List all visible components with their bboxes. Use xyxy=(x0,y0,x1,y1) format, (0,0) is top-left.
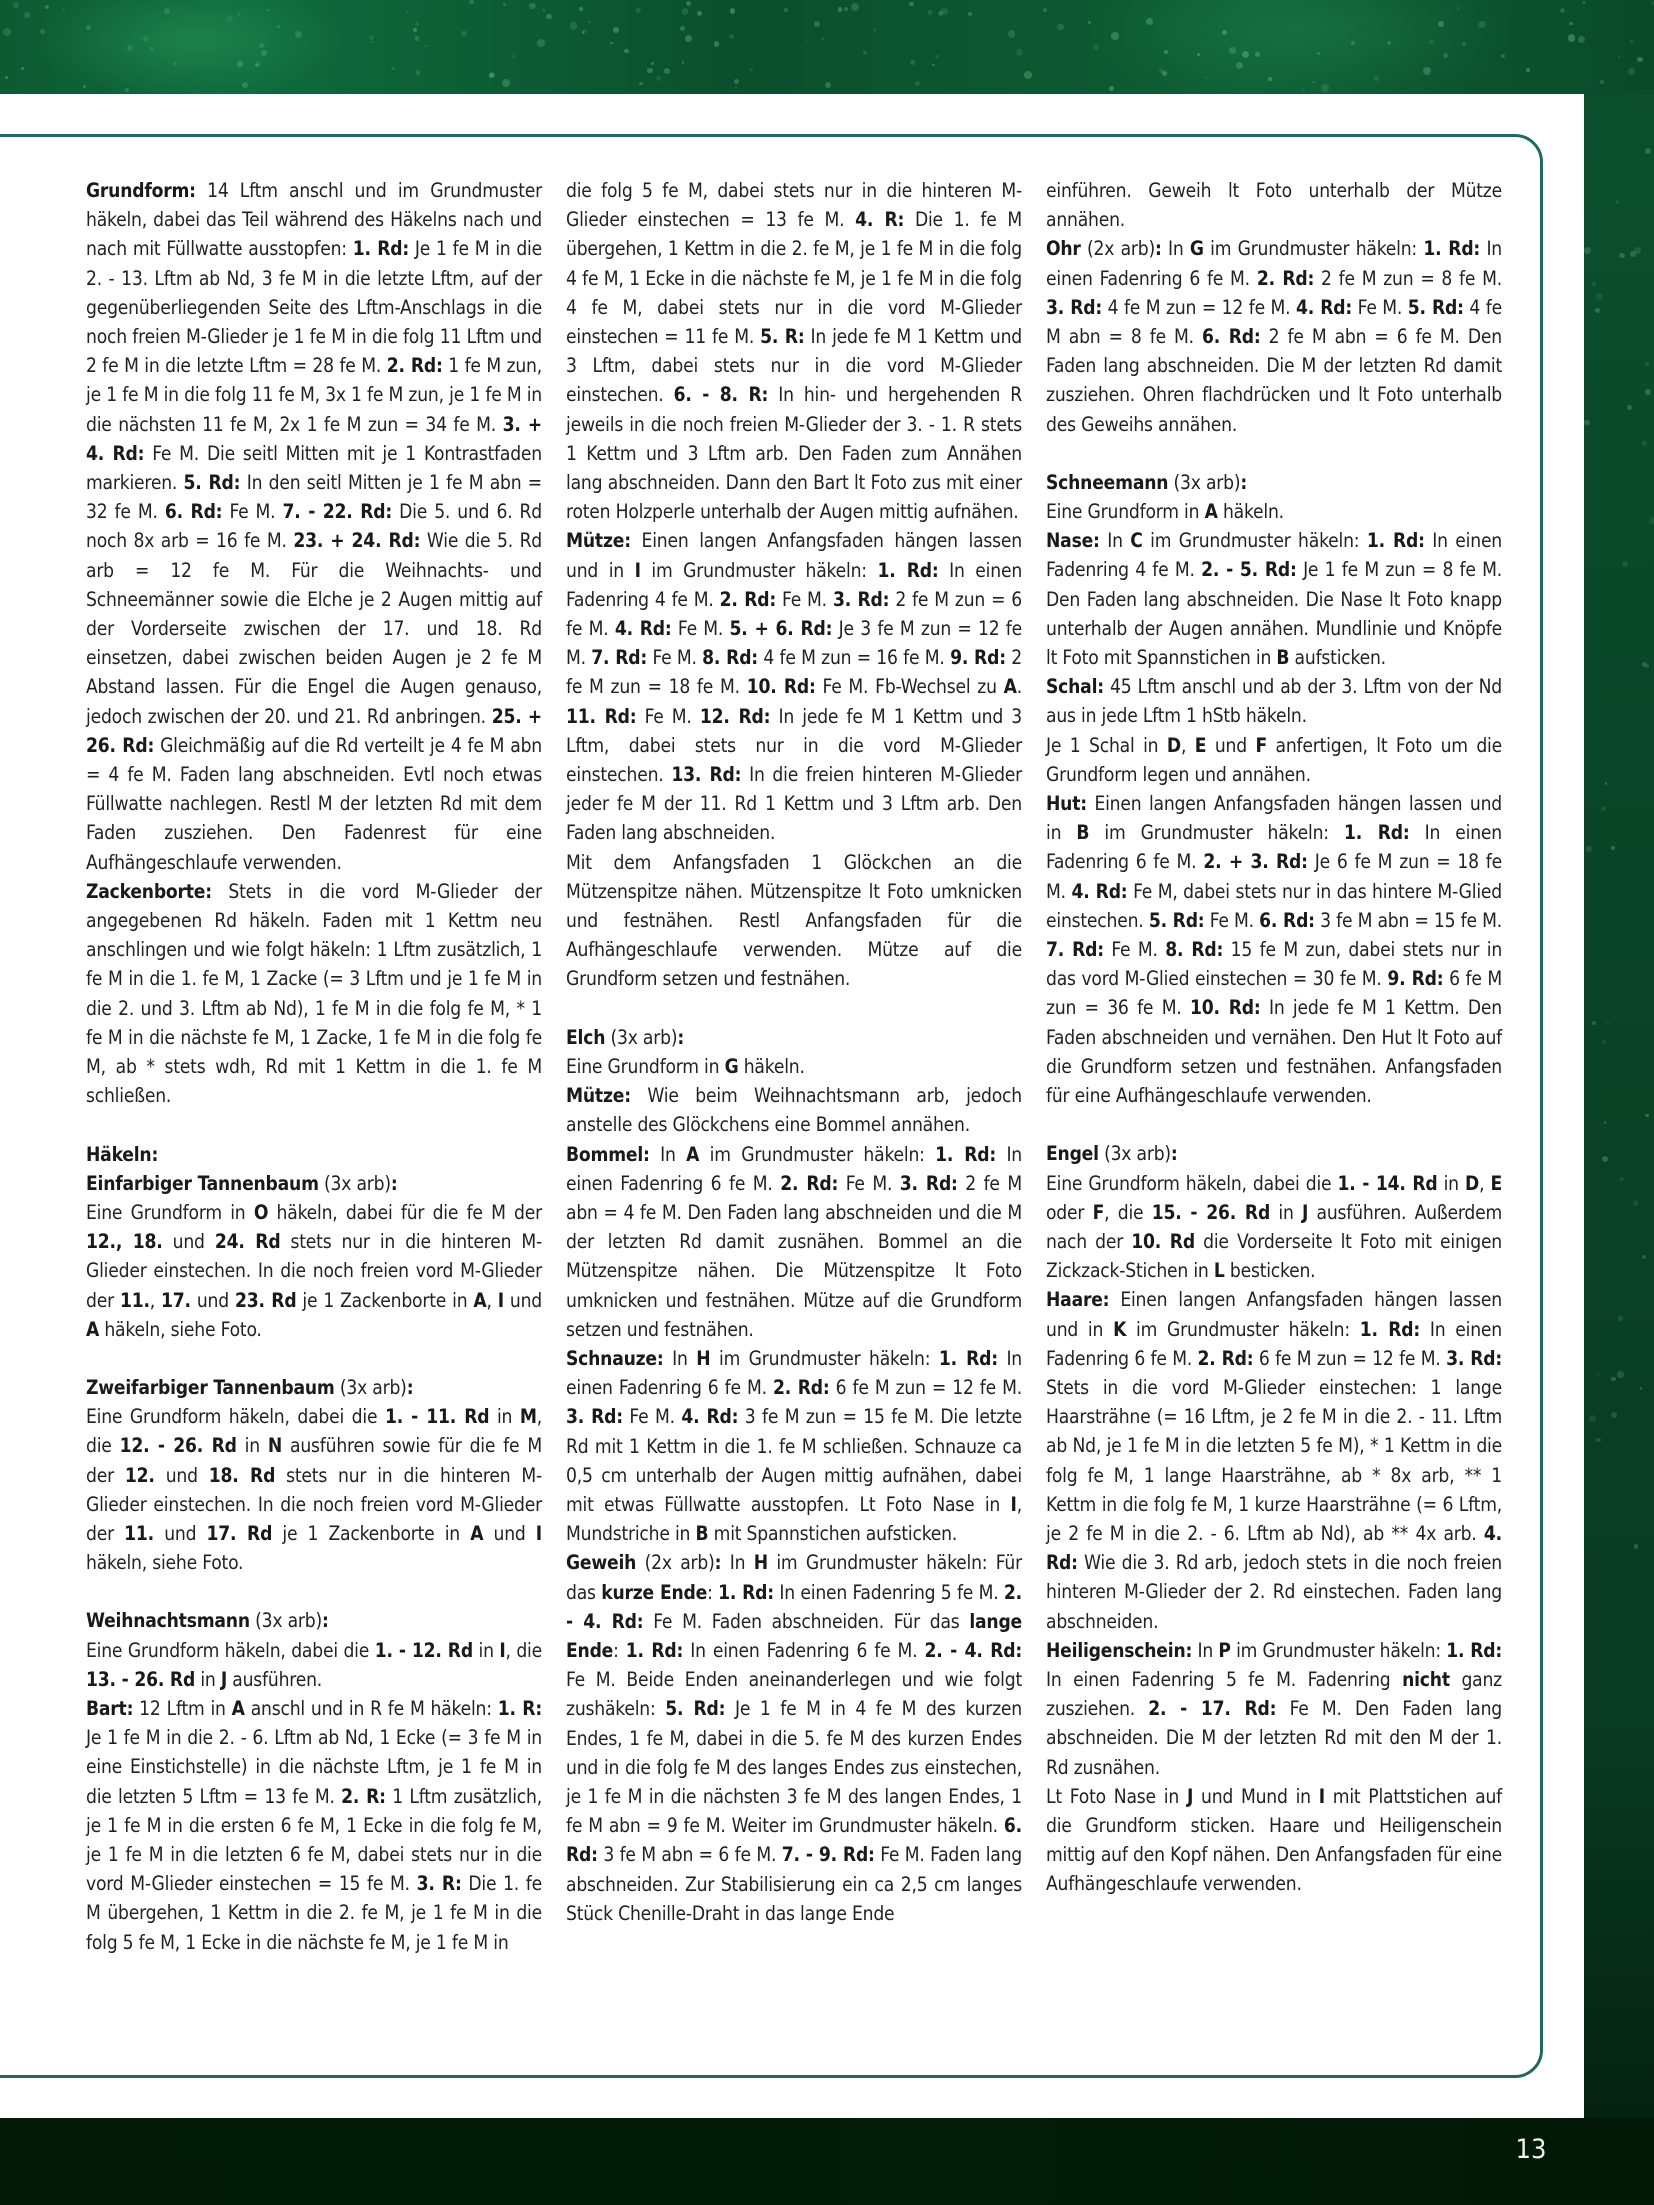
sparkle-dot xyxy=(1596,293,1603,300)
sparkle-dot xyxy=(932,64,934,66)
text-run: Gleichmäßig auf die Rd verteilt je 4 fe … xyxy=(86,734,542,874)
bold-label: 1. Rd: xyxy=(1367,529,1425,552)
sparkle-dot xyxy=(415,36,420,41)
text-run: häkeln. xyxy=(1218,500,1284,523)
bold-label: B xyxy=(696,1522,709,1545)
text-run: im Grundmuster häkeln: xyxy=(1231,1639,1447,1662)
text-run: und xyxy=(154,1522,207,1545)
text-run: In xyxy=(650,1143,686,1166)
column-2: die folg 5 fe M, dabei stets nur in die … xyxy=(566,176,1022,1957)
bold-label: Schal: xyxy=(1046,675,1104,698)
sparkle-dot xyxy=(461,31,466,36)
bold-label: Bart: xyxy=(86,1697,133,1720)
sparkle-dot xyxy=(1568,34,1575,41)
footer-band xyxy=(0,2118,1654,2205)
sparkle-dot xyxy=(1645,1114,1648,1117)
bold-label: H xyxy=(696,1347,710,1370)
sparkle-dot xyxy=(238,13,240,15)
text-run: und xyxy=(163,1230,215,1253)
sparkle-dot xyxy=(851,3,859,11)
text-run: Fe M. Faden abschneiden. Für das xyxy=(643,1610,969,1633)
text-run: (3x arb) xyxy=(250,1609,322,1632)
bold-label: A xyxy=(232,1697,245,1720)
sparkle-dot xyxy=(844,7,848,11)
bold-label: : xyxy=(1240,471,1247,494)
sparkle-dot xyxy=(416,70,421,75)
text-run: Eine Grundform in xyxy=(86,1201,254,1224)
bold-label: 1. Rd: xyxy=(1423,237,1480,260)
text-run: Wie beim Weihnachtsmann arb, jedoch anst… xyxy=(566,1084,1022,1136)
text-run: und xyxy=(155,1464,209,1487)
sparkle-dot xyxy=(1016,49,1023,56)
sparkle-dot xyxy=(83,85,86,88)
bold-label: H xyxy=(754,1551,768,1574)
bold-label: 2. Rd: xyxy=(1198,1347,1254,1370)
bold-label: 7. Rd: xyxy=(1046,938,1104,961)
bold-label: 23. + 24. Rd: xyxy=(293,529,420,552)
sparkle-dot xyxy=(651,62,654,65)
sparkle-dot xyxy=(825,82,831,88)
bold-label: 13. Rd: xyxy=(671,763,741,786)
sparkle-dot xyxy=(1374,76,1379,81)
bold-label: I xyxy=(536,1522,542,1545)
text-run: Stets in die vord M-Glieder einstechen: … xyxy=(1046,1376,1502,1545)
bold-label: Hut: xyxy=(1046,792,1087,815)
bold-label: 12. - 26. Rd xyxy=(120,1434,237,1457)
sparkle-dot xyxy=(1457,7,1459,9)
bold-label: nicht xyxy=(1402,1668,1450,1691)
text-run: 6 fe M zun = 12 fe M. xyxy=(1253,1347,1446,1370)
instruction-paragraph: Elch (3x arb): xyxy=(566,1023,1022,1052)
sparkle-dot xyxy=(1462,42,1465,45)
bold-label: 2. R: xyxy=(341,1785,386,1808)
sparkle-dot xyxy=(639,82,643,86)
text-run: Fe M. xyxy=(1204,909,1259,932)
sparkle-dot xyxy=(1640,1387,1643,1390)
sparkle-dot xyxy=(729,34,734,39)
text-run: im Grundmuster häkeln: xyxy=(1126,1318,1360,1341)
bold-label: Mütze: xyxy=(566,1084,631,1107)
bold-label: 4. Rd: xyxy=(681,1405,738,1428)
text-run: Eine Grundform in xyxy=(566,1055,725,1078)
bold-label: 1. Rd: xyxy=(1446,1639,1502,1662)
sparkle-dot xyxy=(1589,1415,1596,1422)
bold-label: 1. Rd: xyxy=(718,1581,774,1604)
bold-label: 1. - 12. Rd xyxy=(375,1639,473,1662)
sparkle-dot xyxy=(259,43,264,48)
bold-label: Bommel: xyxy=(566,1143,650,1166)
text-run: (3x arb) xyxy=(319,1172,391,1195)
bold-label: Zweifarbiger Tannenbaum xyxy=(86,1376,335,1399)
sparkle-dot xyxy=(1617,1371,1623,1377)
sparkle-dot xyxy=(24,12,30,18)
bold-label: Schneemann xyxy=(1046,471,1168,494)
sparkle-dot xyxy=(1236,62,1243,69)
bold-label: 1. Rd: xyxy=(353,237,409,260)
sparkle-dot xyxy=(242,82,248,88)
bold-label: 9. Rd: xyxy=(950,646,1006,669)
bold-label: 5. Rd: xyxy=(665,1697,725,1720)
text-run: 2 fe M abn = 4 fe M. Den Faden lang absc… xyxy=(566,1172,1022,1341)
instruction-paragraph: Hut: Einen langen Anfangsfaden hängen la… xyxy=(1046,789,1502,1110)
bold-label: 11. xyxy=(120,1289,150,1312)
bold-label: 1. - 11. Rd xyxy=(385,1405,489,1428)
text-run: Fe M. xyxy=(623,1405,681,1428)
bold-label: 5. + 6. Rd: xyxy=(730,617,833,640)
sparkle-dot xyxy=(391,67,395,71)
text-run: 4 fe M zun = 16 fe M. xyxy=(758,646,950,669)
instruction-paragraph: Zackenborte: Stets in die vord M-Glieder… xyxy=(86,877,542,1111)
text-run: 2 fe M zun = 8 fe M. xyxy=(1314,267,1502,290)
sparkle-dot xyxy=(503,3,506,6)
sparkle-dot xyxy=(1630,40,1633,43)
column-1: Grundform: 14 Lftm anschl und im Grundmu… xyxy=(86,176,542,1957)
text-columns: Grundform: 14 Lftm anschl und im Grundmu… xyxy=(86,176,1540,1957)
bold-label: 2. - 5. Rd: xyxy=(1201,558,1297,581)
bold-label: B xyxy=(1276,646,1289,669)
sparkle-dot xyxy=(1560,8,1565,13)
text-run: in xyxy=(489,1405,520,1428)
text-run: im Grundmuster häkeln: xyxy=(1143,529,1367,552)
sparkle-dot xyxy=(1627,405,1632,410)
instruction-paragraph: Mit dem Anfangsfaden 1 Glöckchen an die … xyxy=(566,848,1022,994)
sparkle-dot xyxy=(173,62,177,66)
sparkle-dot xyxy=(127,45,133,51)
sparkle-dot xyxy=(1622,561,1628,567)
sparkle-dot xyxy=(529,3,535,9)
bold-label: 24. Rd xyxy=(215,1230,281,1253)
sparkle-dot xyxy=(1642,1255,1646,1259)
bold-label: E xyxy=(1490,1172,1502,1195)
bold-label: L xyxy=(1214,1259,1225,1282)
text-run: Eine Grundform in xyxy=(1046,500,1205,523)
sparkle-dot xyxy=(3,28,11,36)
bold-label: 6. Rd: xyxy=(1259,909,1315,932)
sparkle-dot xyxy=(1645,148,1651,154)
text-run: , xyxy=(486,1289,497,1312)
text-run: und xyxy=(191,1289,235,1312)
bold-label: 4. Rd: xyxy=(1071,880,1127,903)
text-run: , xyxy=(150,1289,161,1312)
sparkle-dot xyxy=(1595,308,1601,314)
bold-label: 1. Rd: xyxy=(939,1347,998,1370)
sparkle-dot xyxy=(750,68,753,71)
text-run: in xyxy=(1437,1172,1465,1195)
sparkle-dot xyxy=(1645,389,1650,394)
sparkle-dot xyxy=(1317,52,1320,55)
sparkle-dot xyxy=(821,38,824,41)
bold-label: 12., 18. xyxy=(86,1230,163,1253)
sparkle-dot xyxy=(636,8,642,14)
text-run: : xyxy=(613,1639,626,1662)
sparkle-dot xyxy=(1618,1316,1623,1321)
sparkle-dot xyxy=(686,1,691,6)
bold-label: K xyxy=(1113,1318,1126,1341)
text-run: im Grundmuster häkeln: xyxy=(699,1143,935,1166)
sparkle-dot xyxy=(1351,41,1355,45)
sparkle-dot xyxy=(1268,77,1272,81)
sparkle-dot xyxy=(1387,41,1392,46)
instruction-paragraph: Heiligenschein: In P im Grundmuster häke… xyxy=(1046,1636,1502,1782)
bold-label: 7. Rd: xyxy=(591,646,647,669)
sparkle-dot xyxy=(546,14,551,19)
sparkle-dot xyxy=(13,2,19,8)
bold-label: 5. Rd: xyxy=(1149,909,1205,932)
sparkle-dot xyxy=(543,9,546,12)
bold-label: A xyxy=(86,1318,99,1341)
text-run: häkeln, dabei für die fe M der xyxy=(268,1201,542,1224)
sparkle-dot xyxy=(1602,1040,1606,1044)
bold-label: 17. xyxy=(161,1289,191,1312)
text-run: In xyxy=(664,1347,697,1370)
text-run: (2x arb) xyxy=(636,1551,714,1574)
text-run: (3x arb) xyxy=(335,1376,407,1399)
sparkle-dot xyxy=(928,10,933,15)
bold-label: 5. Rd: xyxy=(184,471,241,494)
text-run: und xyxy=(1206,734,1255,757)
sparkle-dot xyxy=(1649,517,1654,524)
text-run: In xyxy=(1162,237,1190,260)
bold-label: 10. Rd: xyxy=(747,675,816,698)
bold-label: 6. - 8. R: xyxy=(674,383,769,406)
bold-label: 9. Rd: xyxy=(1387,967,1443,990)
sparkle-dot xyxy=(1578,36,1585,43)
instruction-paragraph: Mütze: Wie beim Weihnachtsmann arb, jedo… xyxy=(566,1081,1022,1139)
bold-label: 11. xyxy=(124,1522,154,1545)
sparkle-dot xyxy=(814,21,820,27)
text-run: mit Spannstichen aufsticken. xyxy=(708,1522,957,1545)
bold-label: 1. - 14. Rd xyxy=(1338,1172,1438,1195)
bold-label: 2. - 4. Rd: xyxy=(924,1639,1022,1662)
sparkle-dot xyxy=(1601,806,1606,811)
text-run: Eine Grundform häkeln, dabei die xyxy=(86,1405,385,1428)
sparkle-dot xyxy=(5,76,8,79)
sparkle-dot xyxy=(714,41,720,47)
text-run: ausführen. xyxy=(227,1668,322,1691)
sparkle-dot xyxy=(697,11,702,16)
bold-label: : xyxy=(1155,237,1162,260)
bold-label: Ohr xyxy=(1046,237,1081,260)
bold-label: Heiligenschein: xyxy=(1046,1639,1192,1662)
sparkle-dot xyxy=(1596,1438,1601,1443)
instruction-paragraph: Häkeln: xyxy=(86,1140,542,1169)
sparkle-dot xyxy=(150,47,154,51)
paragraph-gap xyxy=(566,994,1022,1023)
text-run: häkeln, siehe Foto. xyxy=(86,1551,243,1574)
instruction-paragraph: Je 1 Schal in D, E und F anfertigen, lt … xyxy=(1046,731,1502,789)
instruction-paragraph: Engel (3x arb): xyxy=(1046,1139,1502,1168)
text-run: 4 fe M zun = 12 fe M. xyxy=(1102,296,1296,319)
sparkle-dot xyxy=(863,51,866,54)
bold-label: A xyxy=(470,1522,483,1545)
bold-label: 17. Rd xyxy=(207,1522,273,1545)
text-run: und Mund in xyxy=(1193,1785,1319,1808)
bold-label: 2. Rd: xyxy=(773,1376,830,1399)
instruction-paragraph: Eine Grundform in O häkeln, dabei für di… xyxy=(86,1198,542,1344)
sparkle-dot xyxy=(1628,68,1635,75)
instruction-paragraph: Eine Grundform häkeln, dabei die 1. - 12… xyxy=(86,1636,542,1694)
bold-label: 13. - 26. Rd xyxy=(86,1668,195,1691)
instruction-paragraph: Schal: 45 Lftm anschl und ab der 3. Lftm… xyxy=(1046,672,1502,730)
sparkle-dot xyxy=(502,79,510,87)
sparkle-dot xyxy=(613,27,619,33)
bold-label: 2. Rd: xyxy=(720,588,776,611)
bold-label: Zackenborte: xyxy=(86,880,212,903)
bold-label: F xyxy=(1255,734,1267,757)
page-number: 13 xyxy=(1511,2134,1551,2165)
sparkle-dot xyxy=(469,0,473,4)
sparkle-dot xyxy=(1008,30,1016,38)
sparkle-dot xyxy=(1088,21,1091,24)
sparkle-dot xyxy=(512,55,514,57)
header-decorative-band xyxy=(0,0,1654,94)
bold-label: Geweih xyxy=(566,1551,636,1574)
sparkle-dot xyxy=(370,41,373,44)
text-run: im Grundmuster häkeln: xyxy=(1204,237,1424,260)
sparkle-dot xyxy=(277,25,280,28)
sparkle-dot xyxy=(1618,56,1620,58)
text-run: , xyxy=(1479,1172,1490,1195)
text-run: Fe M. xyxy=(1104,938,1165,961)
paragraph-gap xyxy=(1046,1110,1502,1139)
bold-label: Häkeln: xyxy=(86,1143,158,1166)
instruction-paragraph: Eine Grundform häkeln, dabei die 1. - 11… xyxy=(86,1402,542,1577)
bold-label: 3. Rd: xyxy=(1046,296,1102,319)
bold-label: 2. - 17. Rd: xyxy=(1148,1697,1276,1720)
sparkle-dot xyxy=(1584,420,1589,425)
sparkle-dot xyxy=(588,21,590,23)
text-run: im Grundmuster häkeln: xyxy=(1089,821,1344,844)
instruction-paragraph: Lt Foto Nase in J und Mund in I mit Plat… xyxy=(1046,1782,1502,1899)
bold-label: 6. Rd: xyxy=(1202,325,1261,348)
instruction-paragraph: Bart: 12 Lftm in A anschl und in R fe M … xyxy=(86,1694,542,1957)
bold-label: 4. Rd: xyxy=(615,617,672,640)
sparkle-dot xyxy=(579,7,583,11)
text-run: 45 Lftm anschl und ab der 3. Lftm von de… xyxy=(1046,675,1502,727)
paragraph-gap xyxy=(86,1344,542,1373)
sparkle-dot xyxy=(1024,71,1032,79)
sparkle-dot xyxy=(125,88,130,93)
bold-label: N xyxy=(268,1434,282,1457)
sparkle-dot xyxy=(1043,8,1047,12)
sparkle-dot xyxy=(873,28,876,31)
text-run: Fe M. Fb-Wechsel zu xyxy=(816,675,1004,698)
bold-label: Grundform: xyxy=(86,179,196,202)
bold-label: A xyxy=(1205,500,1218,523)
text-run: Je 1 Schal in xyxy=(1046,734,1167,757)
sparkle-dot xyxy=(624,49,629,54)
sparkle-dot xyxy=(647,68,653,74)
sparkle-dot xyxy=(935,55,938,58)
sparkle-dot xyxy=(910,60,915,65)
bold-label: 23. Rd xyxy=(235,1289,296,1312)
bold-label: 1. Rd: xyxy=(1344,821,1410,844)
sparkle-dot xyxy=(1093,44,1099,50)
bold-label: Engel xyxy=(1046,1142,1099,1165)
instruction-paragraph: Ohr (2x arb): In G im Grundmuster häkeln… xyxy=(1046,234,1502,438)
bold-label: 6. Rd: xyxy=(165,500,223,523)
bold-label: 10. Rd: xyxy=(1190,996,1261,1019)
sparkle-dot xyxy=(255,61,261,67)
text-run: (3x arb) xyxy=(1099,1142,1171,1165)
sparkle-dot xyxy=(267,9,269,11)
bold-label: Elch xyxy=(566,1026,605,1049)
bold-label: 3. Rd: xyxy=(833,588,889,611)
instruction-paragraph: Haare: Einen langen Anfangsfaden hängen … xyxy=(1046,1285,1502,1635)
text-run: In xyxy=(721,1551,753,1574)
column-3: einführen. Geweih lt Foto unterhalb der … xyxy=(1046,176,1502,1957)
sparkle-dot xyxy=(537,39,545,47)
instruction-paragraph: Eine Grundform in A häkeln. xyxy=(1046,497,1502,526)
sparkle-dot xyxy=(1312,81,1315,84)
text-run: : xyxy=(707,1581,718,1604)
sparkle-dot xyxy=(1429,40,1434,45)
sparkle-dot xyxy=(1526,68,1530,72)
sparkle-dot xyxy=(1605,782,1608,785)
instruction-paragraph: Bommel: In A im Grundmuster häkeln: 1. R… xyxy=(566,1140,1022,1344)
sparkle-dot xyxy=(1321,84,1329,92)
sparkle-dot xyxy=(656,76,662,82)
bold-label: A xyxy=(473,1289,486,1312)
bold-label: 8. Rd: xyxy=(702,646,758,669)
text-run: in xyxy=(1270,1201,1302,1224)
sparkle-dot xyxy=(86,25,91,30)
bold-label: 4. Rd: xyxy=(1296,296,1352,319)
instruction-paragraph: Geweih (2x arb): In H im Grundmuster häk… xyxy=(566,1548,1022,1928)
instruction-paragraph: Schneemann (3x arb): xyxy=(1046,468,1502,497)
sparkle-dot xyxy=(1255,52,1260,57)
bold-label: Nase: xyxy=(1046,529,1100,552)
sparkle-dot xyxy=(1242,51,1249,58)
text-run: einführen. Geweih lt Foto unterhalb der … xyxy=(1046,179,1502,231)
bold-label: : xyxy=(1171,1142,1178,1165)
sparkle-dot xyxy=(1582,1,1586,5)
sparkle-dot xyxy=(582,31,584,33)
bold-label: 12. xyxy=(125,1464,155,1487)
sparkle-dot xyxy=(664,68,670,74)
text-run: im Grundmuster häkeln: xyxy=(641,559,878,582)
bold-label: : xyxy=(391,1172,398,1195)
bold-label: O xyxy=(254,1201,268,1224)
text-run: Wie die 5. Rd arb = 12 fe M. Für die Wei… xyxy=(86,529,542,727)
text-run: in xyxy=(237,1434,268,1457)
sparkle-dot xyxy=(838,7,843,12)
text-run: und xyxy=(483,1522,536,1545)
text-run: und xyxy=(504,1289,542,1312)
sparkle-dot xyxy=(1611,1412,1618,1419)
sparkle-dot xyxy=(1598,1374,1600,1376)
bold-label: : xyxy=(677,1026,684,1049)
sparkle-dot xyxy=(1592,282,1595,285)
text-run: In xyxy=(1100,529,1131,552)
text-run: In xyxy=(1192,1639,1218,1662)
sparkle-dot xyxy=(1057,24,1063,30)
text-run: Fe M. xyxy=(636,705,700,728)
sparkle-dot xyxy=(680,26,686,32)
text-run: häkeln, siehe Foto. xyxy=(99,1318,262,1341)
sparkle-dot xyxy=(45,5,49,9)
text-run: oder xyxy=(1046,1201,1093,1224)
text-run: (3x arb) xyxy=(605,1026,677,1049)
sparkle-dot xyxy=(730,8,736,14)
sparkle-dot xyxy=(1616,200,1619,203)
sparkle-dot xyxy=(1164,50,1168,54)
bold-label: 18. Rd xyxy=(209,1464,275,1487)
sparkle-dot xyxy=(413,28,417,32)
sparkle-dot xyxy=(734,79,739,84)
bold-label: 3. Rd: xyxy=(1446,1347,1502,1370)
bold-label: 3. R: xyxy=(417,1872,462,1895)
